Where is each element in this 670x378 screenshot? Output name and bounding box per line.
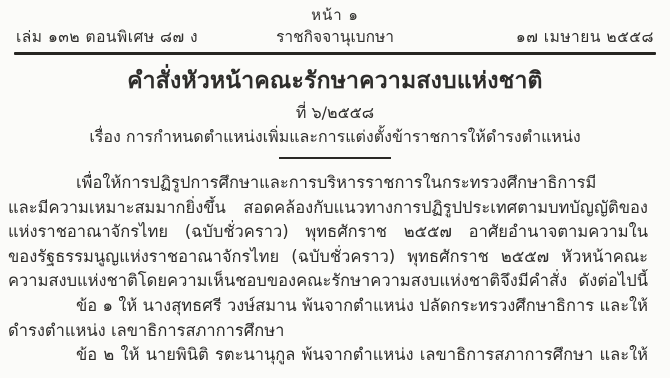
- issue-date: ๑๗ เมษายน ๒๕๕๘: [424, 26, 654, 48]
- order-number: ที่ ๖/๒๕๕๘: [0, 102, 670, 124]
- body-line: แห่งราชอาณาจักรไทย (ฉบับชั่วคราว) พุทธศั…: [8, 220, 648, 245]
- body-line-clause-2: ข้อ ๒ ให้ นายพินิติ รตะนานุกูล พ้นจากตำแ…: [8, 343, 648, 368]
- header-divider: [14, 52, 656, 55]
- gazette-name: ราชกิจจานุเบกษา: [246, 26, 424, 48]
- body-line: ของรัฐธรรมนูญแห่งราชอาณาจักรไทย (ฉบับชั่…: [8, 245, 648, 270]
- volume-label: เล่ม ๑๓๒ ตอนพิเศษ ๘๗ ง: [16, 26, 246, 48]
- body-line: เพื่อให้การปฏิรูปการศึกษาและการบริหารราช…: [8, 171, 648, 196]
- page-number: หน้า ๑: [0, 5, 670, 25]
- header-meta-row: เล่ม ๑๓๒ ตอนพิเศษ ๘๗ ง ราชกิจจานุเบกษา ๑…: [0, 26, 670, 48]
- body-line-clause-1: ข้อ ๑ ให้ นางสุทธศรี วงษ์สมาน พ้นจากตำแห…: [8, 294, 648, 319]
- body-line: ดำรงตำแหน่ง เลขาธิการสภาการศึกษา: [8, 319, 648, 344]
- order-subject: เรื่อง การกำหนดตำแหน่งเพิ่มและการแต่งตั้…: [0, 126, 670, 148]
- order-title: คำสั่งหัวหน้าคณะรักษาความสงบแห่งชาติ: [0, 66, 670, 96]
- body-line: และมีความเหมาะสมมากยิ่งขึ้น สอดคล้องกับแ…: [8, 196, 648, 221]
- gazette-page: หน้า ๑ เล่ม ๑๓๒ ตอนพิเศษ ๘๗ ง ราชกิจจานุ…: [0, 0, 670, 378]
- body-line: ความสงบแห่งชาติโดยความเห็นชอบของคณะรักษา…: [8, 269, 648, 294]
- order-title-block: คำสั่งหัวหน้าคณะรักษาความสงบแห่งชาติ ที่…: [0, 66, 670, 159]
- order-body: เพื่อให้การปฏิรูปการศึกษาและการบริหารราช…: [0, 159, 670, 368]
- gazette-header: หน้า ๑ เล่ม ๑๓๒ ตอนพิเศษ ๘๗ ง ราชกิจจานุ…: [0, 0, 670, 55]
